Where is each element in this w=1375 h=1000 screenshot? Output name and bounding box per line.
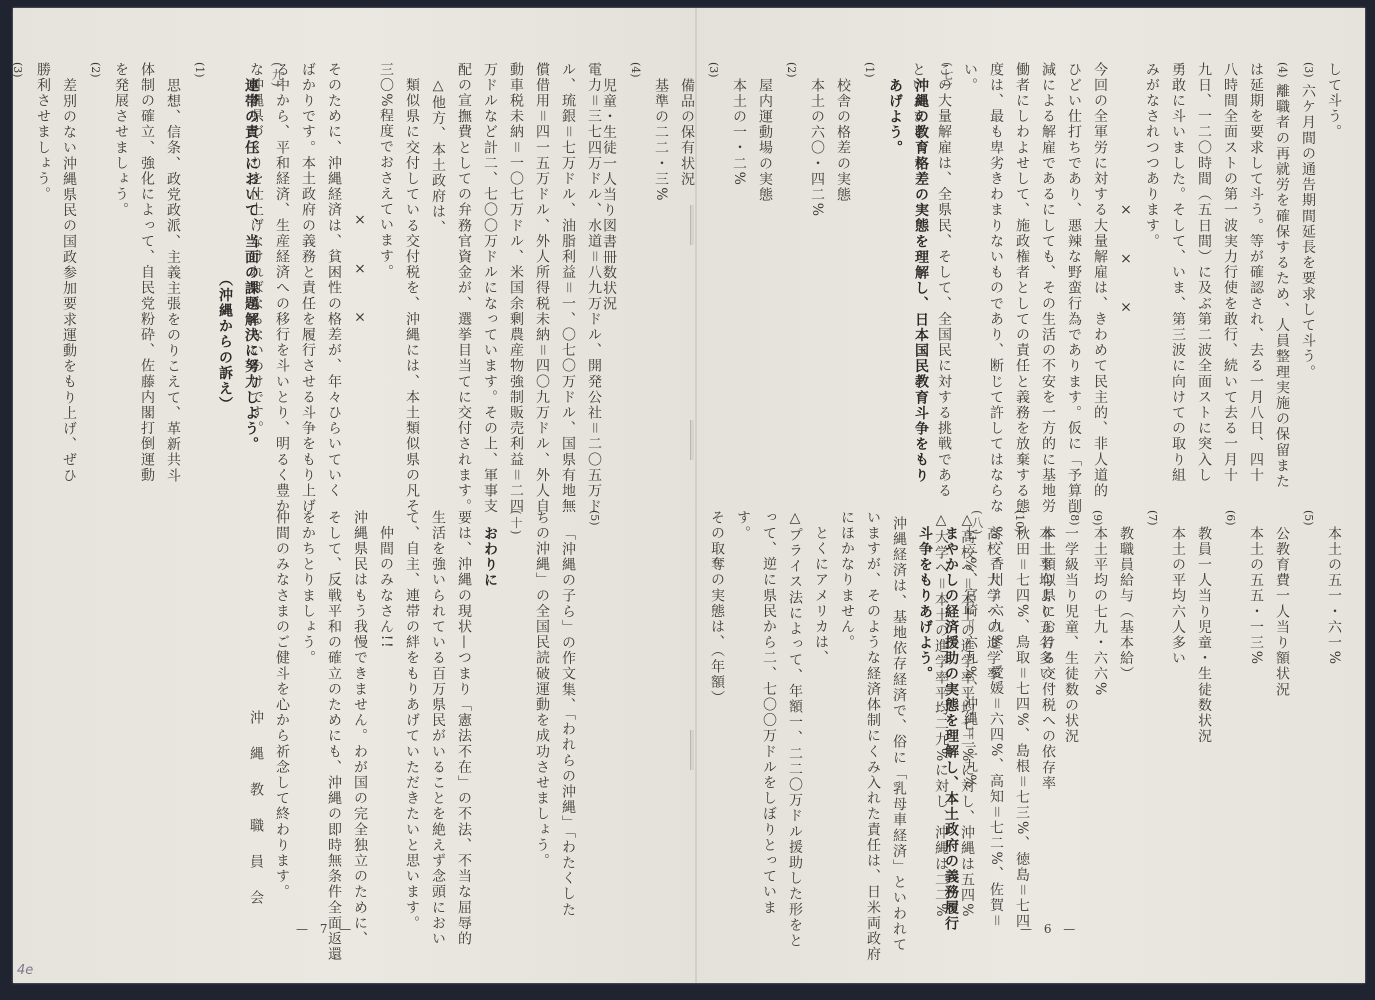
- text-line: 備品の保有状況: [674, 62, 700, 482]
- separator: × × ×: [1113, 62, 1139, 462]
- text-line: 勝利させましょう。: [30, 62, 56, 482]
- item-marker: (5): [1295, 510, 1321, 930]
- text-line: 差別のない沖縄県民の国政参加要求運動をもり上げ、ぜひ: [56, 62, 82, 482]
- item-text: 離職者の再就労を確保するため、人員整理実施の保留また: [1274, 84, 1290, 490]
- text-line: 償借用＝四一五万ドル、外人所得税未納＝四〇九万ドル、外人自: [529, 62, 555, 462]
- text-line: を発展させましょう。: [108, 62, 134, 482]
- text-line: 屋内運動場の実態: [752, 62, 778, 482]
- section-marker: (九): [264, 62, 290, 482]
- text-line: にほかなりません。: [834, 510, 860, 910]
- text-line: 教職員給与（基本給）: [1113, 510, 1139, 930]
- text-line: 万ドルなど計二、七〇〇万ドルになっています。その上、軍事支: [477, 62, 503, 462]
- text-line: す。: [730, 510, 756, 910]
- item-2: (2): [778, 62, 804, 482]
- text-line: 沖縄経済は、基地依存経済で、俗に「乳母車経済」といわれて: [886, 510, 912, 910]
- text-line: ばかりです。本土政府の義務と責任を履行させる斗争をもり上げ: [295, 62, 321, 462]
- text-line: 校舎の格差の実態: [830, 62, 856, 482]
- text-line: 配の宣撫費としての弁務官資金が、選挙目当てに交付されます。: [451, 62, 477, 462]
- item-4: (4): [622, 62, 648, 482]
- item-marker: (3): [4, 62, 30, 482]
- text-line: いますが、そのような経済体制にくみ入れた責任は、日米両政府: [860, 510, 886, 910]
- continuation: して斗う。: [1321, 62, 1347, 462]
- text-line: ル、琉銀＝七万ドル、油脂利益＝一、〇七〇万ドル、国県有地無: [555, 62, 581, 462]
- text-line: 思想、信条、政党政派、主義主張をのりこえて、革新共斗: [160, 62, 186, 482]
- section-heading: 沖縄の教育格差の実態を理解し、日本国民教育斗争をもり: [908, 62, 934, 482]
- text-line: 沖縄県民はもう我慢できません。わが国の完全独立のために、: [347, 510, 373, 910]
- item-marker: (1): [863, 62, 876, 78]
- item-marker: (7): [1139, 510, 1165, 930]
- section-heading: 斗争をもりあげよう。: [912, 510, 938, 910]
- left-page-top-text: 電力＝三七四万ドル、水道＝八九万ドル、開発公社＝二〇五万ド ル、琉銀＝七万ドル、…: [243, 62, 607, 462]
- text-line: て、自主、連帯の絆をもりあげていただきたいと思います。: [399, 510, 425, 910]
- text-line: 仲間のみなさん!!: [373, 510, 399, 910]
- text-line: 減による解雇であるにしても、その生活の不安を一方的に基地労: [1035, 62, 1061, 462]
- section-marker: (八): [964, 510, 990, 910]
- text-line: 本土の六〇・四二%: [804, 62, 830, 482]
- item-text: 六ケ月間の通告期間延長を要求して斗う。: [1300, 84, 1316, 380]
- pencil-note: 4e: [17, 963, 33, 978]
- text-line: 要は、沖縄の現状—つまり「憲法不在」の不法、不当な屈辱的: [451, 510, 477, 910]
- text-line: 体制の確立、強化によって、自民党粉砕、佐藤内閣打倒運動: [134, 62, 160, 482]
- text-line: 勇敢に斗いました。そして、いま、第三波に向けての取り組: [1165, 62, 1191, 462]
- text-line: をかちとりましょう。: [295, 510, 321, 910]
- section-7: (七) 沖縄の教育格差の実態を理解し、日本国民教育斗争をもり あげよう。 (1)…: [596, 62, 960, 482]
- right-page-top-text: して斗う。 (3) 六ケ月間の通告期間延長を要求して斗う。 (4) 離職者の再就…: [905, 62, 1347, 462]
- item-3: (3) 六ケ月間の通告期間延長を要求して斗う。: [1295, 62, 1321, 462]
- separator: × × ×: [347, 62, 373, 462]
- text-line: い。: [957, 62, 983, 462]
- section-heading: まやかしの経済援助の実態を理解し、本土政府の義務履行: [938, 510, 964, 910]
- section-9-continued: (5) 「沖縄の子ら」の作文集、「われらの沖縄」「わたくした ちの沖縄」の全国民…: [243, 510, 607, 910]
- signature: 沖 縄 教 職 員 会: [243, 510, 269, 910]
- section-subheading: （沖縄からの訴え）: [212, 62, 238, 482]
- text-line: 本土の五一・六一%: [1321, 510, 1347, 930]
- section-marker: (七): [934, 62, 960, 482]
- text-line: 三〇%程度でおさえています。: [373, 62, 399, 462]
- item-marker: (10): [1006, 510, 1032, 910]
- page-number-6: — 6 —: [1020, 922, 1079, 936]
- item-marker: (4): [629, 62, 642, 78]
- text-line: とくにアメリカは、: [808, 510, 834, 910]
- text-line: そのために、沖縄経済は、貧困性の格差が、年々ひらいていく: [321, 62, 347, 462]
- text-line: みがなされつつあります。: [1139, 62, 1165, 462]
- text-line: 本土の五五・一三%: [1243, 510, 1269, 930]
- text-line: 「沖縄の子ら」の作文集、「われらの沖縄」「わたくした: [555, 510, 581, 910]
- text-line: △他方、本土政府は、: [425, 62, 451, 462]
- text-line: そして、反戦平和の確立のためにも、沖縄の即時無条件全面返還: [321, 510, 347, 910]
- text-line: 基準の二二・三%: [648, 62, 674, 482]
- item-1: (1): [856, 62, 882, 482]
- text-line: 一学級当り児童、生徒数の状況: [1058, 510, 1084, 910]
- text-line: って、逆に県民から二、七〇〇万ドルをしぼりとっていま: [756, 510, 782, 910]
- item-marker: (6): [1217, 510, 1243, 930]
- item-marker: (2): [82, 62, 108, 482]
- text-line: その取奪の実態は、（年額）: [704, 510, 730, 910]
- text-line: ちの沖縄」の全国民読破運動を成功させましょう。: [529, 510, 555, 910]
- text-line: 電力＝三七四万ドル、水道＝八九万ドル、開発公社＝二〇五万ド: [581, 62, 607, 462]
- text-line: 動車税未納＝一〇七万ドル、米国余剰農産物強制販売利益＝二四: [503, 62, 529, 462]
- text-line: 教員一人当り児童・生徒数状況: [1191, 510, 1217, 930]
- section-heading: あげよう。: [882, 62, 908, 482]
- text-line: 働者にしわよせして、施政権者としての責任と義務を放棄する態: [1009, 62, 1035, 462]
- staple: [690, 730, 694, 770]
- item-marker: (1): [186, 62, 212, 482]
- text-line: △プライス法によって、年額一、二二〇万ドル援助した形をと: [782, 510, 808, 910]
- text-line: 八時間全面ストの第一波実力行使を敢行、続いて去る一月十: [1217, 62, 1243, 462]
- text-line: は延期を要求して斗う。等が確認され、去る一月八日、四十: [1243, 62, 1269, 462]
- section-marker: (十): [503, 510, 529, 910]
- text-line: 地方自治体における日米共同声明に対して抗議決議運動と: [0, 62, 4, 482]
- text-line: 類似県に交付している交付税を、沖縄には、本土類似県の凡そ: [399, 62, 425, 462]
- item-marker: (4): [1276, 62, 1289, 78]
- text-line: 度は、最も卑劣きわまりないものであり、断じて許してはならな: [983, 62, 1009, 462]
- item-marker: (5): [581, 510, 607, 910]
- item-marker: (3): [1302, 62, 1315, 78]
- item-3: (3): [700, 62, 726, 482]
- item-marker: (2): [785, 62, 798, 78]
- item-4: (4) 離職者の再就労を確保するため、人員整理実施の保留また: [1269, 62, 1295, 462]
- section-9: (九) 連帯の責任において、当面の課題解決に努力しよう。 （沖縄からの訴え） (…: [0, 62, 290, 482]
- page-number-7: — 7 —: [296, 922, 355, 936]
- text-line: 本土の平均六人多い: [1165, 510, 1191, 930]
- text-line: 公教育費一人当り額状況: [1269, 510, 1295, 930]
- text-line: 本土の一・二%: [726, 62, 752, 482]
- item-marker: (3): [707, 62, 720, 78]
- text-line: 生活を強いられている百万県民がいることを絶えず念頭におい: [425, 510, 451, 910]
- section-8: (八) まやかしの経済援助の実態を理解し、本土政府の義務履行 斗争をもりあげよう…: [704, 510, 990, 910]
- text-line: 九日、一二〇時間（五日間）に及ぶ第二波全面ストに突入し: [1191, 62, 1217, 462]
- section-heading: おわりに: [477, 510, 503, 910]
- text-line: 本土平均より五名多い。: [1032, 510, 1058, 910]
- item-marker: (9): [1084, 510, 1110, 910]
- text-line: ひどい仕打ちであり、悪辣な野蛮行為であります。仮に「予算削: [1061, 62, 1087, 462]
- text-line: 仲間のみなさまのご健斗を心から祈念して終わります。: [269, 510, 295, 910]
- text-line: 今回の全軍労に対する大量解雇は、きわめて民主的、非人道的: [1087, 62, 1113, 462]
- section-heading: 連帯の責任において、当面の課題解決に努力しよう。: [238, 62, 264, 482]
